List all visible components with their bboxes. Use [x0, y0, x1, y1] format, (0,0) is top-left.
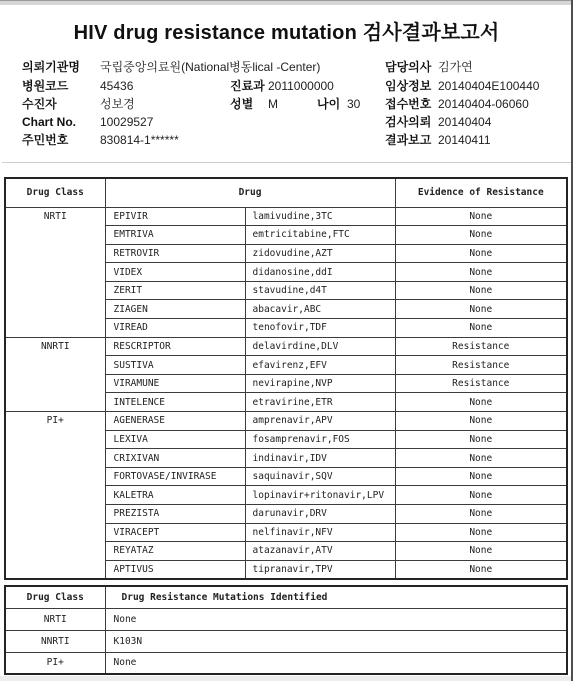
chart-no-value: 10029527: [100, 115, 153, 130]
evidence-cell: Resistance: [395, 356, 567, 375]
info-row-2: 병원코드 45436 진료과 2011000000 임상정보 20140404E…: [0, 79, 573, 94]
resident-id-label: 주민번호: [22, 133, 68, 148]
evidence-cell: None: [395, 263, 567, 282]
drug-brand-cell: VIRACEPT: [105, 523, 245, 542]
evidence-cell: None: [395, 486, 567, 505]
window-chrome-strip: [0, 0, 573, 5]
drug-brand-cell: VIDEX: [105, 263, 245, 282]
hospital-code-label: 병원코드: [22, 79, 68, 94]
department-label: 진료과: [230, 79, 265, 94]
drug-brand-cell: ZERIT: [105, 281, 245, 300]
drug-class-cell: NRTI: [5, 207, 105, 337]
drug-generic-cell: nelfinavir,NFV: [245, 523, 395, 542]
requesting-org-label: 의뢰기관명: [22, 60, 80, 75]
mutation-table-body: NRTINoneNNRTIK103NPI+None: [5, 608, 567, 674]
mutation-drug-class-cell: NRTI: [5, 608, 105, 630]
header-evidence: Evidence of Resistance: [395, 178, 567, 207]
evidence-cell: None: [395, 319, 567, 338]
drug-generic-cell: abacavir,ABC: [245, 300, 395, 319]
mutation-table-header-row: Drug Class Drug Resistance Mutations Ide…: [5, 586, 567, 608]
evidence-cell: None: [395, 505, 567, 524]
test-requested-label: 검사의뢰: [385, 115, 431, 130]
mutation-row: NNRTIK103N: [5, 630, 567, 652]
drug-generic-cell: emtricitabine,FTC: [245, 226, 395, 245]
drug-generic-cell: stavudine,d4T: [245, 281, 395, 300]
drug-brand-cell: SUSTIVA: [105, 356, 245, 375]
drug-generic-cell: fosamprenavir,FOS: [245, 430, 395, 449]
drug-generic-cell: etravirine,ETR: [245, 393, 395, 412]
evidence-cell: None: [395, 207, 567, 226]
doctor-value: 김가연: [438, 60, 473, 75]
accession-no-label: 접수번호: [385, 97, 431, 112]
drug-generic-cell: tipranavir,TPV: [245, 560, 395, 579]
info-row-4: Chart No. 10029527 검사의뢰 20140404: [0, 115, 573, 130]
sex-value: M: [268, 97, 278, 112]
department-value: 2011000000: [268, 79, 334, 94]
header-drug-class: Drug Class: [5, 178, 105, 207]
mutation-table: Drug Class Drug Resistance Mutations Ide…: [4, 585, 568, 675]
drug-brand-cell: CRIXIVAN: [105, 449, 245, 468]
evidence-cell: None: [395, 560, 567, 579]
evidence-cell: None: [395, 226, 567, 245]
header-separator: [2, 162, 571, 163]
drug-brand-cell: REYATAZ: [105, 542, 245, 561]
drug-generic-cell: zidovudine,AZT: [245, 244, 395, 263]
mutation-drug-class-cell: PI+: [5, 652, 105, 674]
drug-brand-cell: AGENERASE: [105, 412, 245, 431]
evidence-cell: None: [395, 300, 567, 319]
sex-label: 성별: [230, 97, 253, 112]
result-reported-value: 20140411: [438, 133, 491, 148]
mutation-row: NRTINone: [5, 608, 567, 630]
drug-row: PI+AGENERASEamprenavir,APVNone: [5, 412, 567, 431]
evidence-cell: None: [395, 430, 567, 449]
header-drug: Drug: [105, 178, 395, 207]
drug-row: NNRTIRESCRIPTORdelavirdine,DLVResistance: [5, 337, 567, 356]
drug-brand-cell: VIREAD: [105, 319, 245, 338]
resident-id-value: 830814-1******: [100, 133, 179, 148]
test-requested-value: 20140404: [438, 115, 491, 130]
clinical-info-label: 임상정보: [385, 79, 431, 94]
drug-generic-cell: saquinavir,SQV: [245, 467, 395, 486]
evidence-cell: None: [395, 467, 567, 486]
doctor-label: 담당의사: [385, 60, 431, 75]
patient-name-value: 성보경: [100, 97, 135, 112]
mutation-header-mutations: Drug Resistance Mutations Identified: [105, 586, 567, 608]
clinical-info-value: 20140404E100440: [438, 79, 539, 94]
evidence-cell: None: [395, 542, 567, 561]
drug-generic-cell: delavirdine,DLV: [245, 337, 395, 356]
info-row-1: 의뢰기관명 국립중앙의료원(National병동lical -Center) 담…: [0, 60, 573, 75]
age-value: 30: [347, 97, 360, 112]
drug-brand-cell: LEXIVA: [105, 430, 245, 449]
drug-generic-cell: darunavir,DRV: [245, 505, 395, 524]
bottom-strip: [0, 676, 573, 681]
evidence-cell: None: [395, 523, 567, 542]
drug-brand-cell: INTELENCE: [105, 393, 245, 412]
drug-brand-cell: FORTOVASE/INVIRASE: [105, 467, 245, 486]
drug-generic-cell: atazanavir,ATV: [245, 542, 395, 561]
drug-brand-cell: KALETRA: [105, 486, 245, 505]
drug-generic-cell: amprenavir,APV: [245, 412, 395, 431]
page-title: HIV drug resistance mutation 검사결과보고서: [0, 16, 573, 45]
mutation-header-drug-class: Drug Class: [5, 586, 105, 608]
drug-row: NRTIEPIVIRlamivudine,3TCNone: [5, 207, 567, 226]
result-reported-label: 결과보고: [385, 133, 431, 148]
evidence-cell: Resistance: [395, 337, 567, 356]
drug-brand-cell: RESCRIPTOR: [105, 337, 245, 356]
info-row-3: 수진자 성보경 성별 M 나이 30 접수번호 20140404-06060: [0, 97, 573, 112]
age-label: 나이: [317, 97, 340, 112]
patient-label: 수진자: [22, 97, 57, 112]
info-row-5: 주민번호 830814-1****** 결과보고 20140411: [0, 133, 573, 148]
mutation-value-cell: None: [105, 608, 567, 630]
evidence-cell: Resistance: [395, 374, 567, 393]
mutation-value-cell: K103N: [105, 630, 567, 652]
drug-class-cell: NNRTI: [5, 337, 105, 411]
evidence-cell: None: [395, 244, 567, 263]
drug-generic-cell: tenofovir,TDF: [245, 319, 395, 338]
drug-generic-cell: efavirenz,EFV: [245, 356, 395, 375]
resistance-table: Drug Class Drug Evidence of Resistance N…: [4, 177, 568, 580]
mutation-row: PI+None: [5, 652, 567, 674]
drug-class-cell: PI+: [5, 412, 105, 579]
chart-no-label: Chart No.: [22, 115, 76, 130]
drug-generic-cell: lopinavir+ritonavir,LPV: [245, 486, 395, 505]
accession-no-value: 20140404-06060: [438, 97, 529, 112]
report-page: HIV drug resistance mutation 검사결과보고서 의뢰기…: [0, 0, 573, 681]
drug-brand-cell: EMTRIVA: [105, 226, 245, 245]
resistance-table-header-row: Drug Class Drug Evidence of Resistance: [5, 178, 567, 207]
drug-generic-cell: nevirapine,NVP: [245, 374, 395, 393]
evidence-cell: None: [395, 412, 567, 431]
evidence-cell: None: [395, 393, 567, 412]
drug-brand-cell: VIRAMUNE: [105, 374, 245, 393]
drug-brand-cell: APTIVUS: [105, 560, 245, 579]
requesting-org-value: 국립중앙의료원(National병동lical -Center): [100, 60, 320, 75]
drug-generic-cell: lamivudine,3TC: [245, 207, 395, 226]
drug-brand-cell: PREZISTA: [105, 505, 245, 524]
drug-brand-cell: ZIAGEN: [105, 300, 245, 319]
evidence-cell: None: [395, 281, 567, 300]
drug-brand-cell: RETROVIR: [105, 244, 245, 263]
hospital-code-value: 45436: [100, 79, 133, 94]
mutation-drug-class-cell: NNRTI: [5, 630, 105, 652]
resistance-table-body: NRTIEPIVIRlamivudine,3TCNoneEMTRIVAemtri…: [5, 207, 567, 579]
drug-generic-cell: indinavir,IDV: [245, 449, 395, 468]
drug-brand-cell: EPIVIR: [105, 207, 245, 226]
mutation-value-cell: None: [105, 652, 567, 674]
evidence-cell: None: [395, 449, 567, 468]
drug-generic-cell: didanosine,ddI: [245, 263, 395, 282]
